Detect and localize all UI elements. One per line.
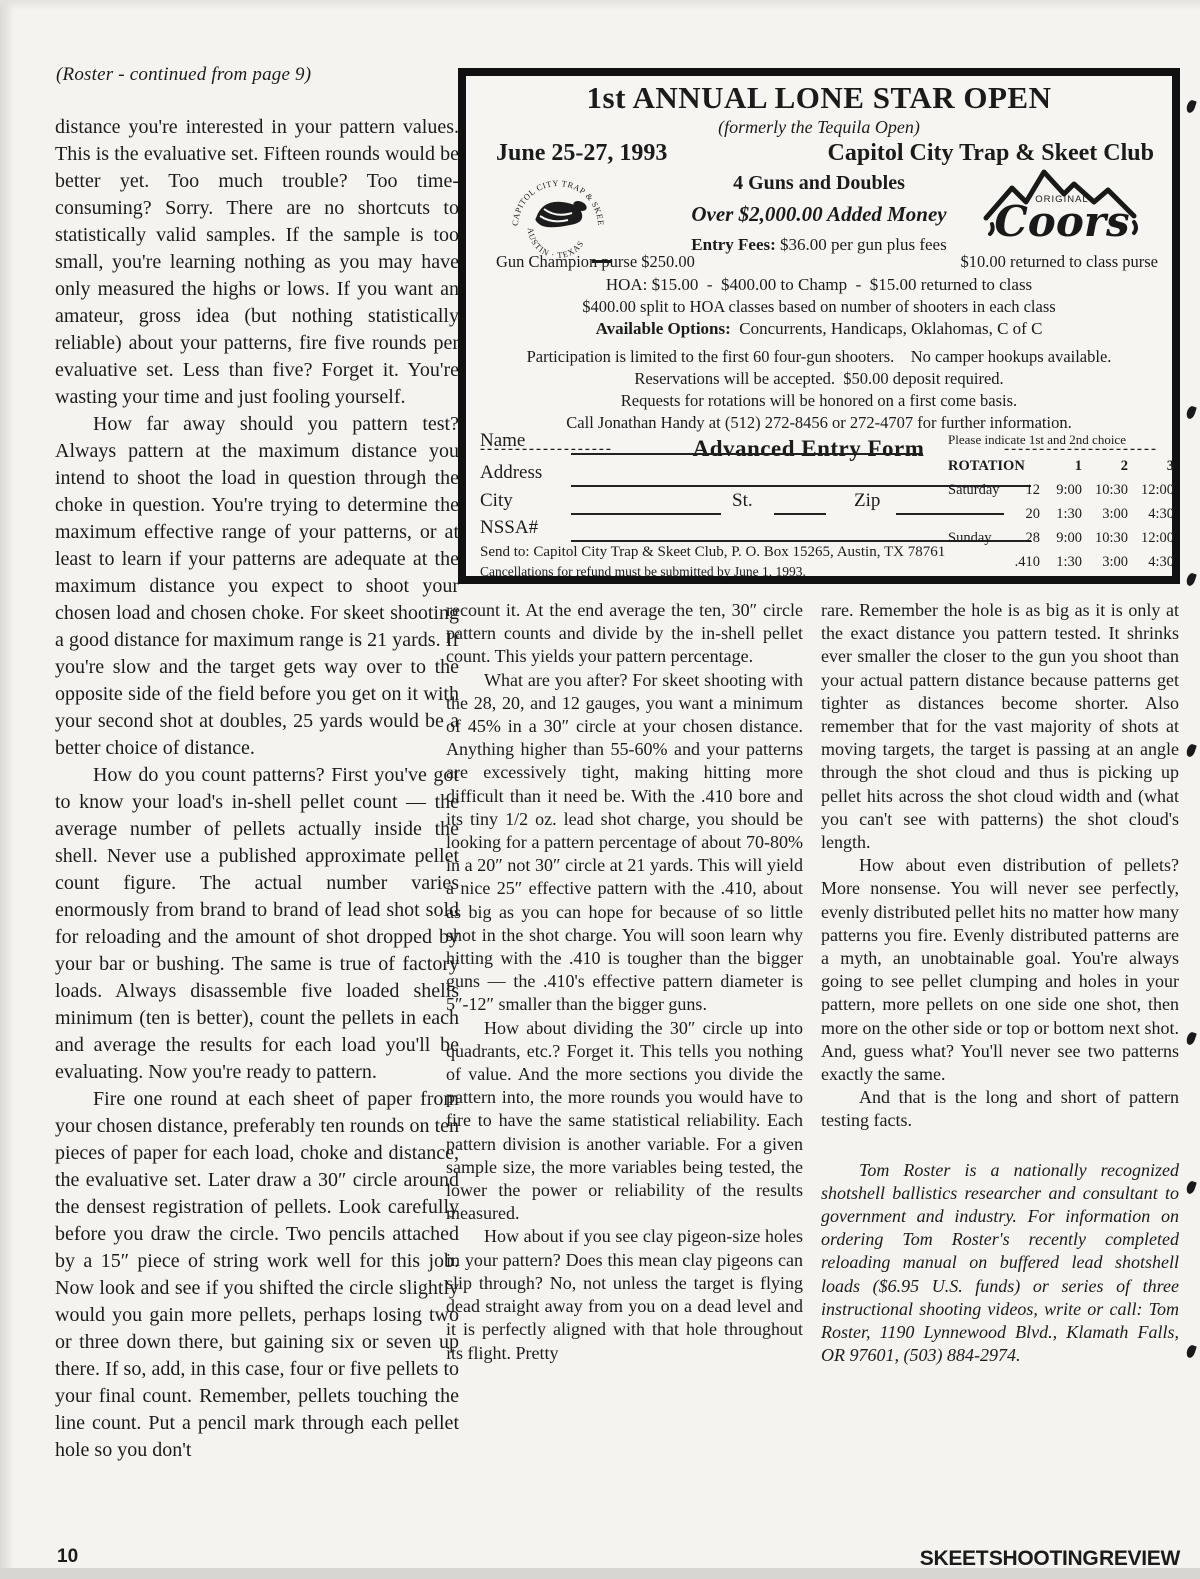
ad-title: 1st ANNUAL LONE STAR OPEN: [466, 80, 1172, 116]
name-field-line: [571, 453, 923, 455]
page-number: 10: [57, 1546, 78, 1568]
class-purse-return: $10.00 returned to class purse: [961, 252, 1159, 272]
article-paragraph: rare. Remember the hole is as big as it …: [821, 599, 1179, 854]
hoa-split-line: $400.00 split to HOA classes based on nu…: [466, 297, 1172, 317]
city-field-label: City: [480, 490, 513, 512]
cancellation-line: Cancellations for refund must be submitt…: [480, 564, 806, 580]
scan-artifact: [1185, 99, 1197, 114]
ad-date: June 25-27, 1993: [496, 140, 667, 167]
hoa-line: HOA: $15.00 - $400.00 to Champ - $15.00 …: [466, 275, 1172, 295]
article-paragraph: What are you after? For skeet shooting w…: [446, 669, 803, 1017]
coors-logo-icon: ORIGINAL Coors: [978, 162, 1146, 254]
city-field-line: [571, 513, 721, 515]
rotations-line: Requests for rotations will be honored o…: [466, 391, 1172, 411]
article-paragraph: distance you're interested in your patte…: [55, 114, 459, 411]
ad-added-money: Over $2,000.00 Added Money: [691, 202, 946, 227]
ad-subtitle: (formerly the Tequila Open): [466, 117, 1172, 138]
rotation-day: Saturday: [948, 482, 1008, 499]
ad-center-block: 4 Guns and Doubles Over $2,000.00 Added …: [691, 172, 946, 255]
ad-events: 4 Guns and Doubles: [691, 172, 946, 195]
rotation-choice-note: Please indicate 1st and 2nd choice: [948, 432, 1170, 448]
author-bio: Tom Roster is a nationally recognized sh…: [821, 1159, 1179, 1368]
gun-champion-purse: Gun Champion purse $250.00: [496, 252, 695, 272]
purse-row: Gun Champion purse $250.00 $10.00 return…: [496, 252, 1158, 272]
reservations-line: Reservations will be accepted. $50.00 de…: [466, 369, 1172, 389]
article-paragraph: How far away should you pattern test? Al…: [55, 411, 459, 762]
scan-artifact: [1185, 1180, 1197, 1195]
article-paragraph: Fire one round at each sheet of paper fr…: [55, 1086, 459, 1464]
continuation-note: (Roster - continued from page 9): [56, 64, 311, 86]
address-field-label: Address: [480, 462, 542, 484]
article-column-right: rare. Remember the hole is as big as it …: [821, 599, 1179, 1368]
scan-artifact: [1185, 405, 1197, 420]
state-field-line: [774, 513, 826, 515]
rotation-day: [948, 554, 1008, 571]
contact-line: Call Jonathan Handy at (512) 272-8456 or…: [466, 413, 1172, 433]
scan-artifact: [1185, 1031, 1197, 1046]
article-paragraph: And that is the long and short of patter…: [821, 1086, 1179, 1132]
article-paragraph: How about even distribution of pellets? …: [821, 854, 1179, 1086]
article-column-left: distance you're interested in your patte…: [55, 114, 459, 1464]
article-paragraph: How about if you see clay pigeon-size ho…: [446, 1225, 803, 1364]
scan-artifact: [1185, 1344, 1197, 1359]
nssa-field-label: NSSA#: [480, 517, 538, 539]
rotation-day: [948, 506, 1008, 523]
svg-text:Coors: Coors: [994, 197, 1129, 246]
scan-artifact: [1185, 572, 1197, 587]
article-paragraph: recount it. At the end average the ten, …: [446, 599, 803, 669]
participation-line: Participation is limited to the first 60…: [466, 347, 1172, 367]
lone-star-open-ad: 1st ANNUAL LONE STAR OPEN (formerly the …: [458, 68, 1180, 584]
send-to-line: Send to: Capitol City Trap & Skeet Club,…: [480, 544, 945, 561]
state-field-label: St.: [732, 490, 753, 512]
article-column-middle: recount it. At the end average the ten, …: [446, 599, 803, 1365]
rotation-table: ROTATION 1 2 3 Saturday 12 9:00 10:30 12…: [948, 458, 1170, 571]
name-field-label: Name: [480, 430, 525, 452]
entry-form-title: Advanced Entry Form: [693, 436, 925, 462]
options-line: Available Options: Concurrents, Handicap…: [466, 319, 1172, 339]
rotation-day: Sunday: [948, 530, 1008, 547]
scan-artifact: [1185, 743, 1197, 758]
scan-edge-strip: [0, 1568, 1200, 1579]
article-paragraph: How do you count patterns? First you've …: [55, 762, 459, 1086]
article-paragraph: How about dividing the 30″ circle up int…: [446, 1017, 803, 1226]
zip-field-label: Zip: [854, 490, 880, 512]
rotation-panel: Please indicate 1st and 2nd choice ROTAT…: [948, 432, 1170, 571]
magazine-page: (Roster - continued from page 9) distanc…: [0, 0, 1200, 1579]
